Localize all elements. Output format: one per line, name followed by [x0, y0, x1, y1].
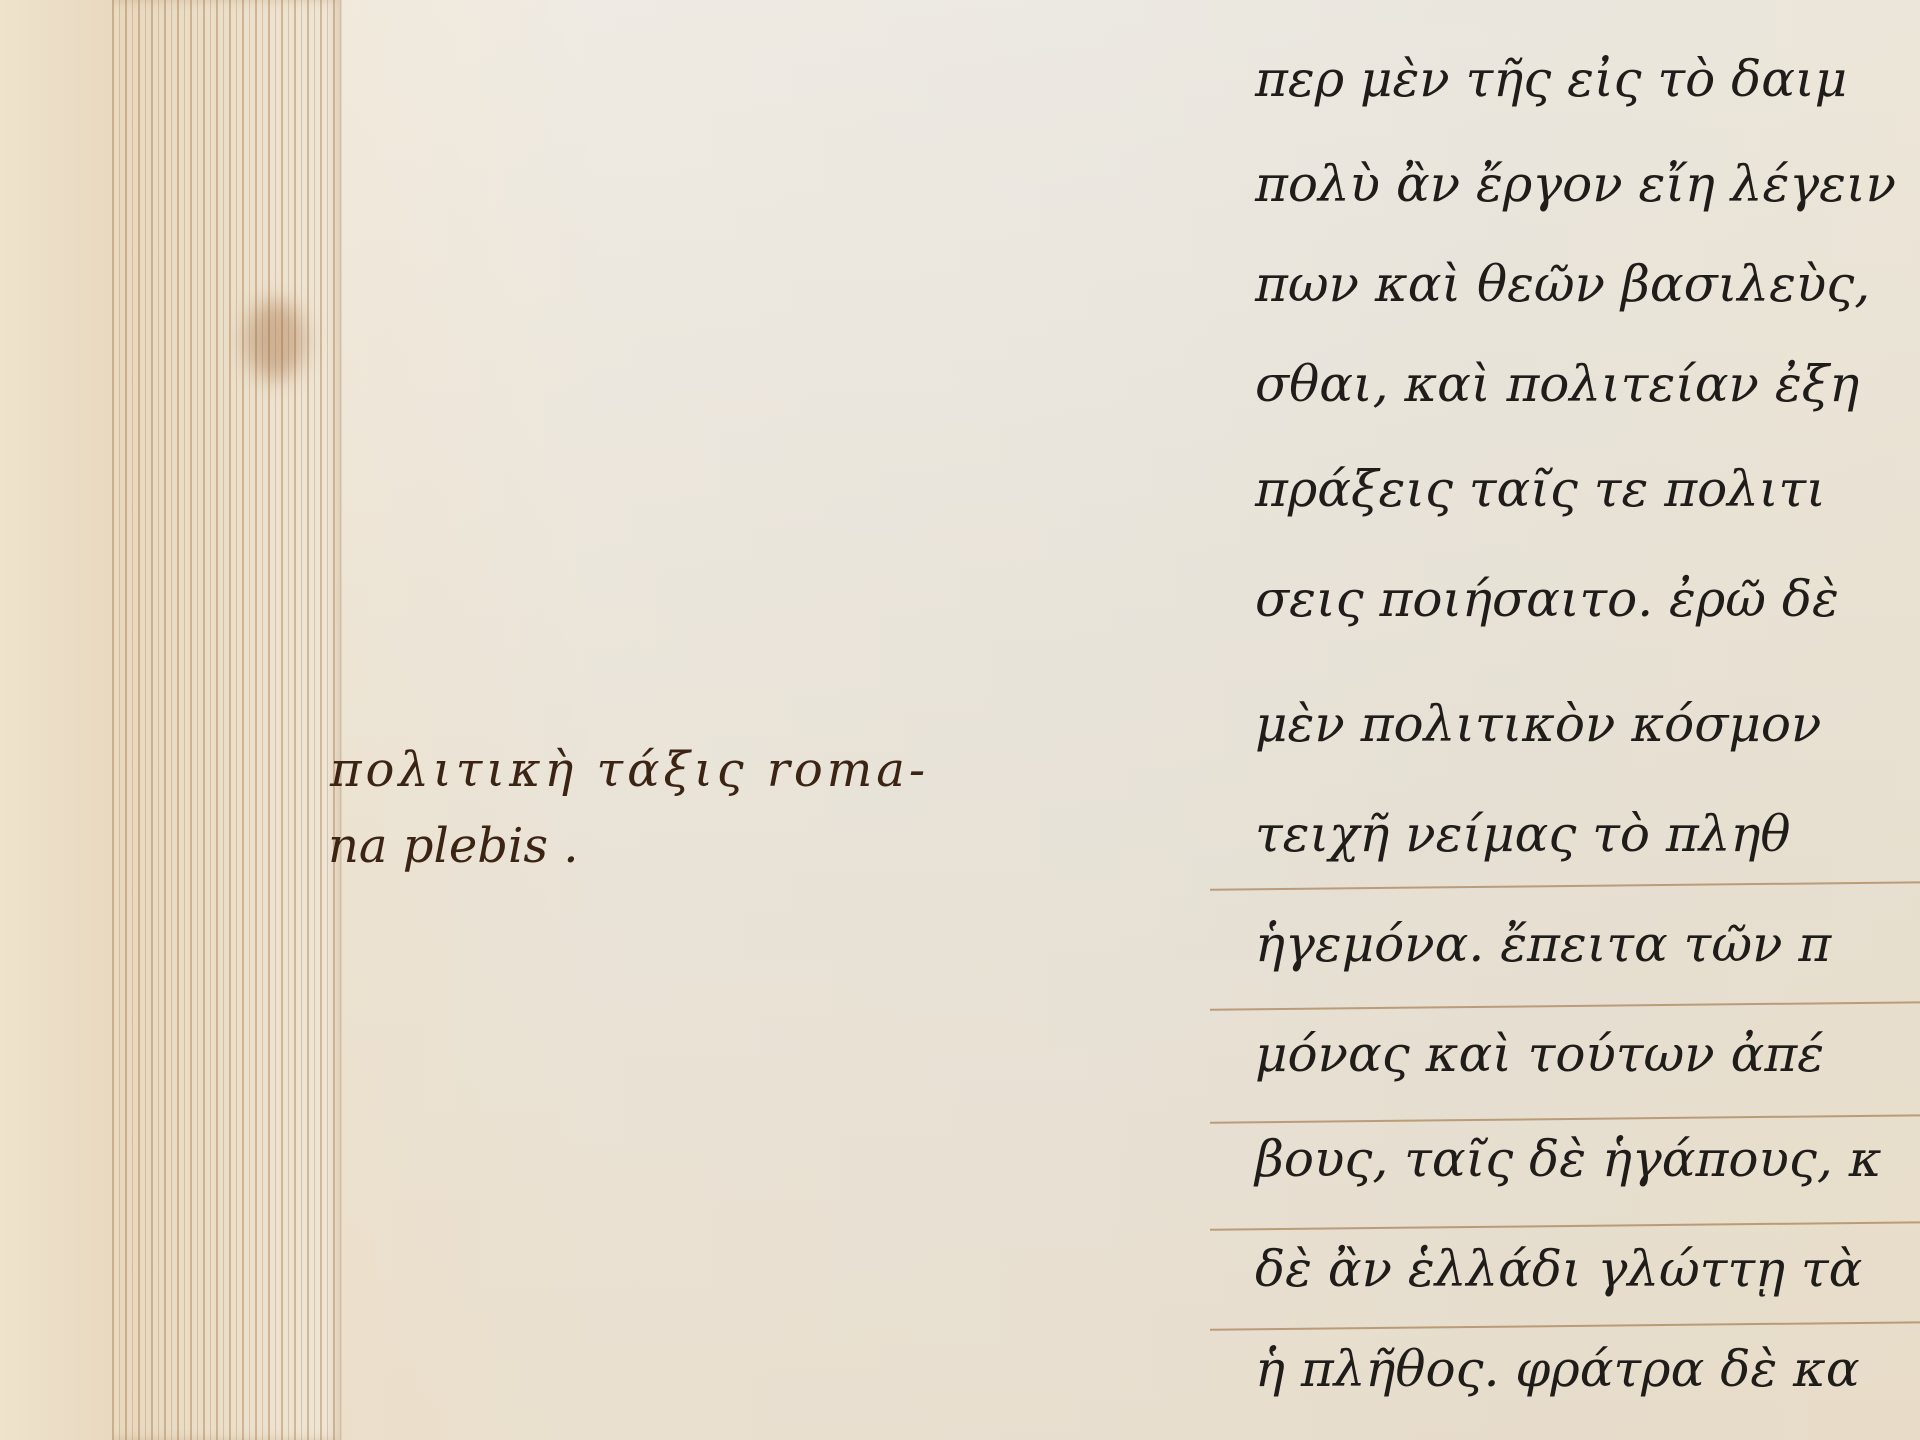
- text-line: σεις ποιήσαιτο. ἐρῶ δὲ: [1255, 570, 1839, 628]
- page-edges-stack: [112, 0, 342, 1440]
- foxing-stain: [245, 300, 305, 380]
- text-line: μόνας καὶ τούτων ἀπέ: [1255, 1025, 1824, 1083]
- adjacent-leaf: [0, 0, 120, 1440]
- text-line: σθαι, καὶ πολιτείαν ἐξη: [1255, 355, 1859, 413]
- marginal-annotation-line-2: na plebis .: [328, 818, 579, 874]
- marginal-annotation-line-1: πολιτικὴ τάξις roma-: [330, 742, 929, 798]
- text-line: πολὺ ἂν ἔργον εἴη λέγειν: [1255, 155, 1896, 213]
- manuscript-photo: πολιτικὴ τάξις roma- na plebis . περ μὲν…: [0, 0, 1920, 1440]
- text-line: δὲ ἂν ἑλλάδι γλώττῃ τὰ: [1255, 1240, 1862, 1298]
- text-line: τειχῆ νείμας τὸ πληθ: [1255, 805, 1791, 863]
- text-line: βους, ταῖς δὲ ἡγάπους, κ: [1255, 1130, 1882, 1188]
- text-line: περ μὲν τῆς εἰς τὸ δαιμ: [1255, 50, 1847, 108]
- text-line: ἡ πλῆθος. φράτρα δὲ κα: [1255, 1340, 1860, 1398]
- text-line: πράξεις ταῖς τε πολιτι: [1255, 460, 1826, 518]
- text-line: ἡγεμόνα. ἔπειτα τῶν π: [1255, 915, 1831, 973]
- text-line: μὲν πολιτικὸν κόσμον: [1255, 695, 1821, 753]
- text-line: πων καὶ θεῶν βασιλεὺς,: [1255, 255, 1870, 313]
